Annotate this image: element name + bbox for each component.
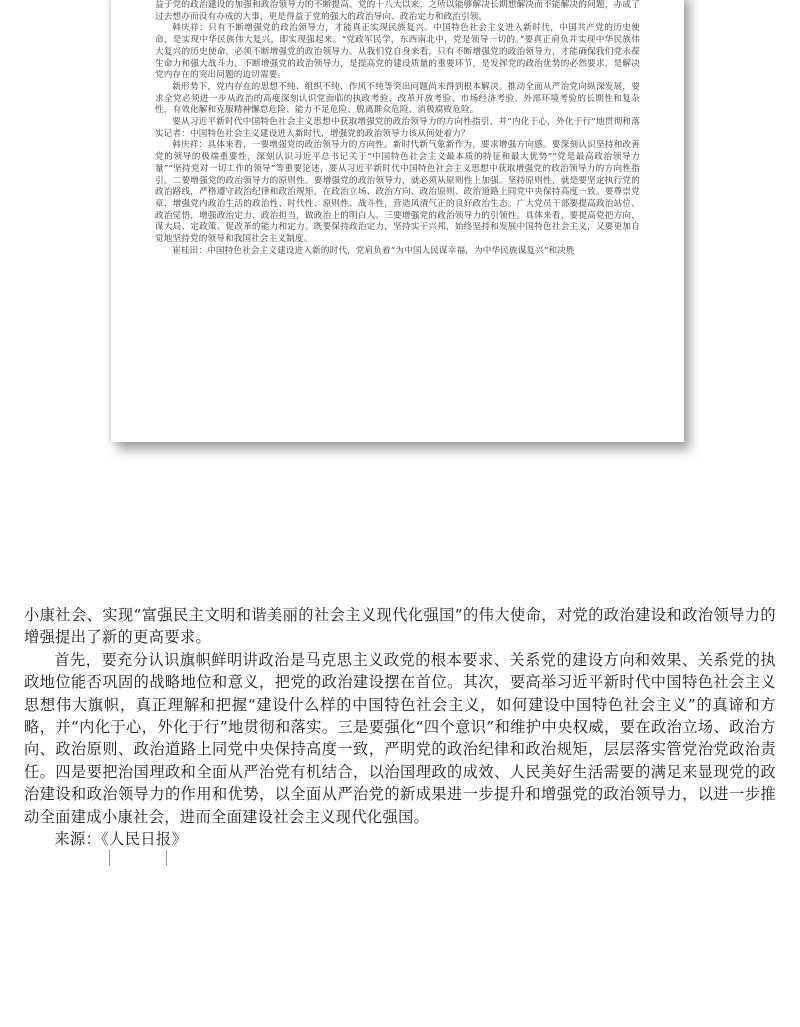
article-body: 小康社会、实现“富强民主文明和谐美丽的社会主义现代化强国”的伟大使命，对党的政治… (24, 604, 776, 850)
body-paragraph: 小康社会、实现“富强民主文明和谐美丽的社会主义现代化强国”的伟大使命，对党的政治… (24, 604, 776, 649)
thumb-paragraph: 崔桂田：中国特色社会主义建设进入新的时代，党肩负着“为中国人民谋幸福，为中华民族… (155, 246, 640, 258)
body-paragraph: 首先，要充分认识旗帜鲜明讲政治是马克思主义政党的根本要求、关系党的建设方向和效果… (24, 649, 776, 828)
thumb-paragraph: 要从习近平新时代中国特色社会主义思想中获取增强党的政治领导力的方向性指引，并“内… (155, 117, 640, 140)
page-thumbnail: 益于党的政治建设的加强和政治领导力的不断提高。党的十八大以来，之所以能够解决长期… (111, 0, 684, 442)
thumb-paragraph: 益于党的政治建设的加强和政治领导力的不断提高。党的十八大以来，之所以能够解决长期… (155, 0, 640, 23)
source-line: 来源：《人民日报》 (24, 828, 776, 850)
text-cursor-mark (166, 850, 167, 866)
thumb-paragraph: 韩庆祥：具体来看，一要增强党的政治领导力的方向性。新时代新气象新作为，要求增强方… (155, 140, 640, 245)
thumb-paragraph: 新形势下，党内存在的思想不纯、组织不纯、作风不纯等突出问题尚未得到根本解决。推动… (155, 82, 640, 117)
text-cursor-mark (109, 850, 110, 866)
thumb-paragraph: 韩庆祥：只有不断增强党的政治领导力，才能真正实现民族复兴。中国特色社会主义进入新… (155, 23, 640, 82)
page-thumbnail-text: 益于党的政治建设的加强和政治领导力的不断提高。党的十八大以来，之所以能够解决长期… (155, 0, 640, 257)
